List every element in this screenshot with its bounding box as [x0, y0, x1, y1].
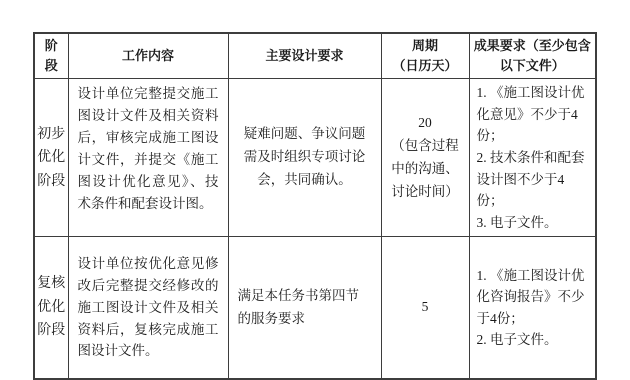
period-value: 5 [387, 296, 464, 319]
header-work-content: 工作内容 [68, 33, 228, 79]
period-cell: 20 （包含过程中的沟通、讨论时间） [381, 79, 469, 237]
stage-name: 初步优化阶段 [34, 79, 68, 237]
design-optimization-stage-table: 阶段 工作内容 主要设计要求 周期 （日历天） 成果要求（至少包含以下文件） 初… [33, 32, 597, 380]
header-row: 阶段 工作内容 主要设计要求 周期 （日历天） 成果要求（至少包含以下文件） [34, 33, 596, 79]
design-requirement: 满足本任务书第四节的服务要求 [228, 237, 381, 379]
deliverable-item: 2. 电子文件。 [477, 329, 590, 351]
deliverable-item: 3. 电子文件。 [477, 212, 590, 234]
header-period: 周期 （日历天） [381, 33, 469, 79]
header-deliverables: 成果要求（至少包含以下文件） [469, 33, 596, 79]
header-design-requirements: 主要设计要求 [228, 33, 381, 79]
period-value: 20 [387, 112, 464, 135]
deliverable-item: 1. 《施工图设计优化咨询报告》不少于4份； [477, 265, 590, 330]
deliverables-cell: 1. 《施工图设计优化意见》不少于4份； 2. 技术条件和配套设计图不少于4份；… [469, 79, 596, 237]
period-cell: 5 [381, 237, 469, 379]
deliverable-item: 2. 技术条件和配套设计图不少于4份； [477, 147, 590, 212]
table-row-preliminary-optimization: 初步优化阶段 设计单位完整提交施工图设计文件及相关资料后，审核完成施工图设计文件… [34, 79, 596, 237]
deliverables-cell: 1. 《施工图设计优化咨询报告》不少于4份； 2. 电子文件。 [469, 237, 596, 379]
deliverable-item: 1. 《施工图设计优化意见》不少于4份； [477, 82, 590, 147]
table-row-review-optimization: 复核优化阶段 设计单位按优化意见修改后完整提交经修改的施工图设计文件及相关资料后… [34, 237, 596, 379]
design-requirement: 疑难问题、争议问题需及时组织专项讨论会，共同确认。 [228, 79, 381, 237]
work-content: 设计单位完整提交施工图设计文件及相关资料后，审核完成施工图设计文件，并提交《施工… [68, 79, 228, 237]
work-content: 设计单位按优化意见修改后完整提交经修改的施工图设计文件及相关资料后，复核完成施工… [68, 237, 228, 379]
stage-name: 复核优化阶段 [34, 237, 68, 379]
period-note: （包含过程中的沟通、讨论时间） [387, 135, 464, 204]
header-stage: 阶段 [34, 33, 68, 79]
